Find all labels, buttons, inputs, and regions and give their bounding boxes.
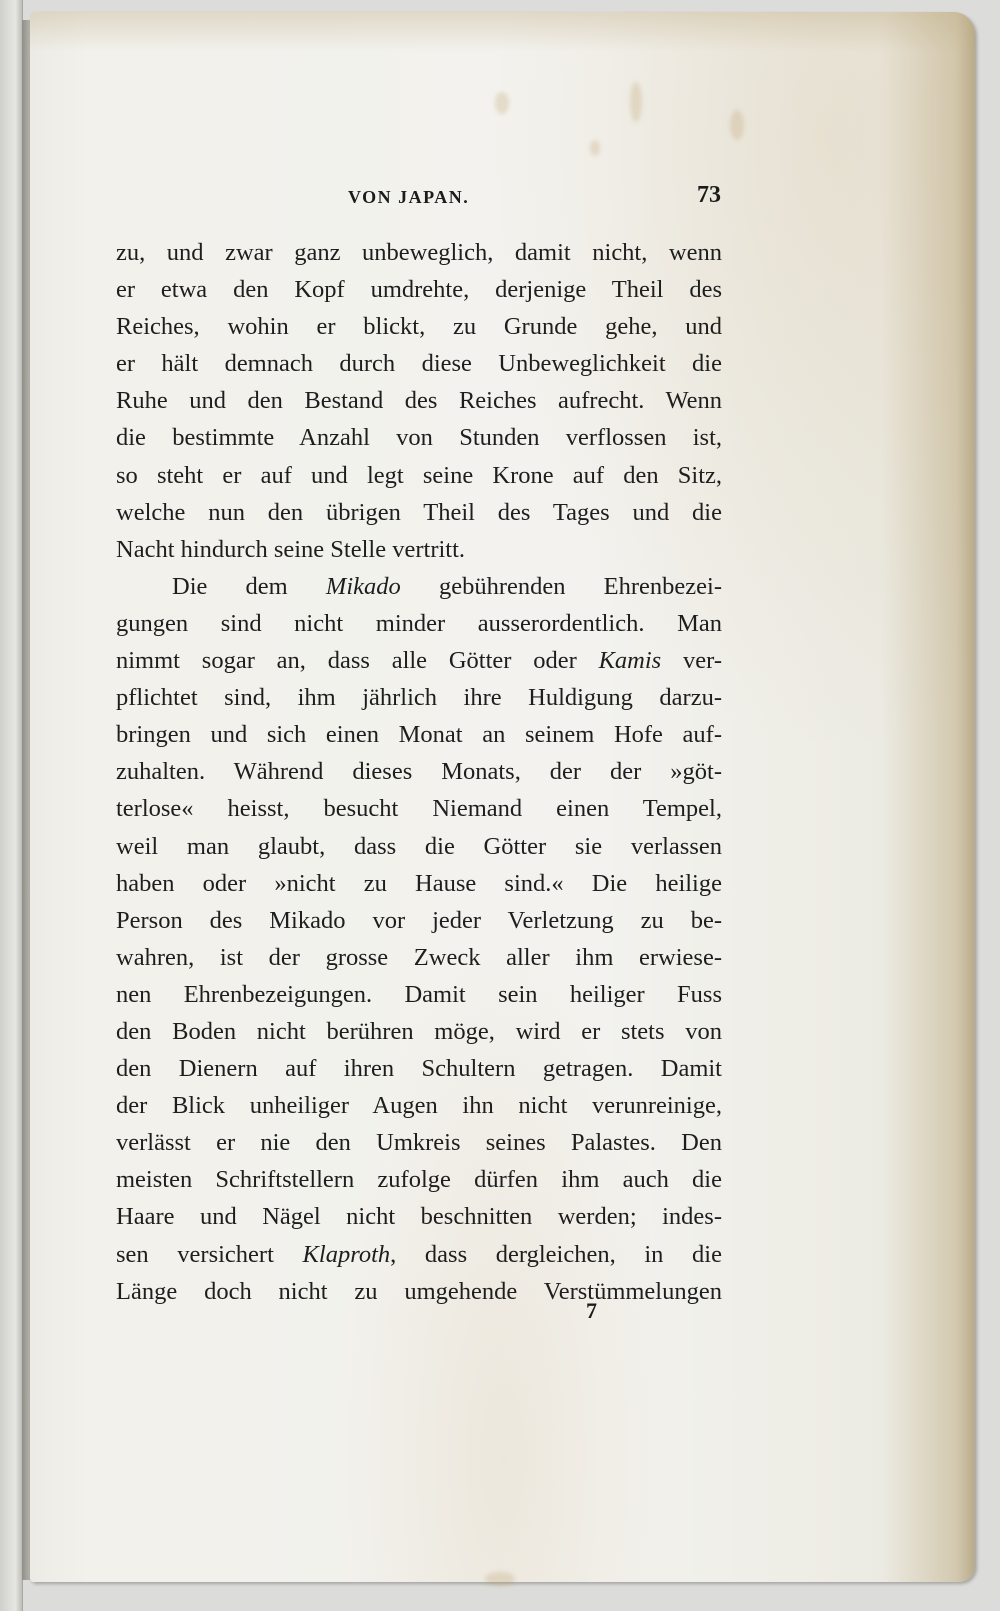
text-segment: terlose« heisst, besucht Niemand einen T… xyxy=(116,795,722,822)
italic-name: Kamis xyxy=(599,647,662,674)
text-line: zu, und zwar ganz unbeweglich, damit nic… xyxy=(116,234,722,271)
text-segment: welche nun den übrigen Theil des Tages u… xyxy=(116,499,722,526)
text-segment: ver- xyxy=(661,647,722,674)
text-line: verlässt er nie den Umkreis seines Palas… xyxy=(116,1124,722,1161)
signature-mark: 7 xyxy=(586,1298,597,1324)
text-segment: pflichtet sind, ihm jährlich ihre Huldig… xyxy=(116,684,722,711)
foxing-stain xyxy=(630,82,642,122)
text-line: nimmt sogar an, dass alle Götter oder Ka… xyxy=(116,642,722,679)
text-line: die bestimmte Anzahl von Stunden verflos… xyxy=(116,419,722,456)
text-segment: wahren, ist der grosse Zweck aller ihm e… xyxy=(116,944,722,971)
foxing-stain xyxy=(730,110,744,140)
text-segment: der Blick unheiliger Augen ihn nicht ver… xyxy=(116,1092,722,1119)
text-line: er hält demnach durch diese Unbeweglichk… xyxy=(116,345,722,382)
text-segment: Reiches, wohin er blickt, zu Grunde gehe… xyxy=(116,313,722,340)
text-segment: Nacht hindurch seine Stelle vertritt. xyxy=(116,536,465,563)
italic-name: Klaproth xyxy=(303,1241,391,1268)
text-line: Reiches, wohin er blickt, zu Grunde gehe… xyxy=(116,308,722,345)
text-segment: nimmt sogar an, dass alle Götter oder xyxy=(116,647,599,674)
italic-name: Mikado xyxy=(326,573,401,600)
text-segment: den Dienern auf ihren Schultern getragen… xyxy=(116,1055,722,1082)
text-line: er etwa den Kopf umdrehte, derjenige The… xyxy=(116,271,722,308)
book-page: VON JAPAN. 73 zu, und zwar ganz unbewegl… xyxy=(30,12,975,1582)
text-line: wahren, ist der grosse Zweck aller ihm e… xyxy=(116,939,722,976)
running-title: VON JAPAN. xyxy=(348,187,469,208)
text-segment: , dass dergleichen, in die xyxy=(390,1241,722,1268)
text-segment: er etwa den Kopf umdrehte, derjenige The… xyxy=(116,276,722,303)
text-line: Ruhe und den Bestand des Reiches aufrech… xyxy=(116,382,722,419)
text-segment: haben oder »nicht zu Hause sind.« Die he… xyxy=(116,870,722,897)
text-line: terlose« heisst, besucht Niemand einen T… xyxy=(116,790,722,827)
text-segment: Ruhe und den Bestand des Reiches aufrech… xyxy=(116,387,722,414)
page-header: VON JAPAN. 73 xyxy=(30,182,975,212)
text-line: weil man glaubt, dass die Götter sie ver… xyxy=(116,828,722,865)
text-segment: sen versichert xyxy=(116,1241,303,1268)
text-segment: zuhalten. Während dieses Monats, der der… xyxy=(116,758,722,785)
body-text: zu, und zwar ganz unbeweglich, damit nic… xyxy=(116,234,722,1310)
text-segment: weil man glaubt, dass die Götter sie ver… xyxy=(116,833,722,860)
foxing-stain xyxy=(590,140,600,156)
text-segment: Haare und Nägel nicht beschnitten werden… xyxy=(116,1203,722,1230)
text-line: Die dem Mikado gebührenden Ehrenbezei- xyxy=(116,568,722,605)
text-segment: Die dem xyxy=(172,573,326,600)
text-line: welche nun den übrigen Theil des Tages u… xyxy=(116,494,722,531)
text-segment: verlässt er nie den Umkreis seines Palas… xyxy=(116,1129,722,1156)
adjacent-page-edge xyxy=(0,0,23,1611)
text-line: den Dienern auf ihren Schultern getragen… xyxy=(116,1050,722,1087)
text-line: nen Ehrenbezeigungen. Damit sein heilige… xyxy=(116,976,722,1013)
text-line: pflichtet sind, ihm jährlich ihre Huldig… xyxy=(116,679,722,716)
text-line: zuhalten. Während dieses Monats, der der… xyxy=(116,753,722,790)
text-segment: bringen und sich einen Monat an seinem H… xyxy=(116,721,722,748)
text-line: Person des Mikado vor jeder Verletzung z… xyxy=(116,902,722,939)
text-line: Länge doch nicht zu umgehende Verstümmel… xyxy=(116,1273,722,1310)
text-segment: nen Ehrenbezeigungen. Damit sein heilige… xyxy=(116,981,722,1008)
text-segment: er hält demnach durch diese Unbeweglichk… xyxy=(116,350,722,377)
text-segment: Person des Mikado vor jeder Verletzung z… xyxy=(116,907,722,934)
text-line: sen versichert Klaproth, dass dergleiche… xyxy=(116,1236,722,1273)
text-segment: gebührenden Ehrenbezei- xyxy=(401,573,722,600)
text-segment: die bestimmte Anzahl von Stunden verflos… xyxy=(116,424,722,451)
text-segment: so steht er auf und legt seine Krone auf… xyxy=(116,462,722,489)
text-line: so steht er auf und legt seine Krone auf… xyxy=(116,457,722,494)
page-number: 73 xyxy=(697,182,721,209)
text-segment: meisten Schriftstellern zufolge dürfen i… xyxy=(116,1166,722,1193)
text-segment: zu, und zwar ganz unbeweglich, damit nic… xyxy=(116,239,722,266)
text-line: haben oder »nicht zu Hause sind.« Die he… xyxy=(116,865,722,902)
foxing-stain xyxy=(485,1572,515,1586)
text-line: meisten Schriftstellern zufolge dürfen i… xyxy=(116,1161,722,1198)
text-line: den Boden nicht berühren möge, wird er s… xyxy=(116,1013,722,1050)
text-line: gungen sind nicht minder ausserordentlic… xyxy=(116,605,722,642)
text-line: bringen und sich einen Monat an seinem H… xyxy=(116,716,722,753)
text-segment: den Boden nicht berühren möge, wird er s… xyxy=(116,1018,722,1045)
text-line: Nacht hindurch seine Stelle vertritt. xyxy=(116,531,722,568)
text-segment: gungen sind nicht minder ausserordentlic… xyxy=(116,610,722,637)
foxing-stain xyxy=(495,92,509,114)
text-line: Haare und Nägel nicht beschnitten werden… xyxy=(116,1198,722,1235)
text-line: der Blick unheiliger Augen ihn nicht ver… xyxy=(116,1087,722,1124)
text-segment: Länge doch nicht zu umgehende Verstümmel… xyxy=(116,1278,722,1305)
